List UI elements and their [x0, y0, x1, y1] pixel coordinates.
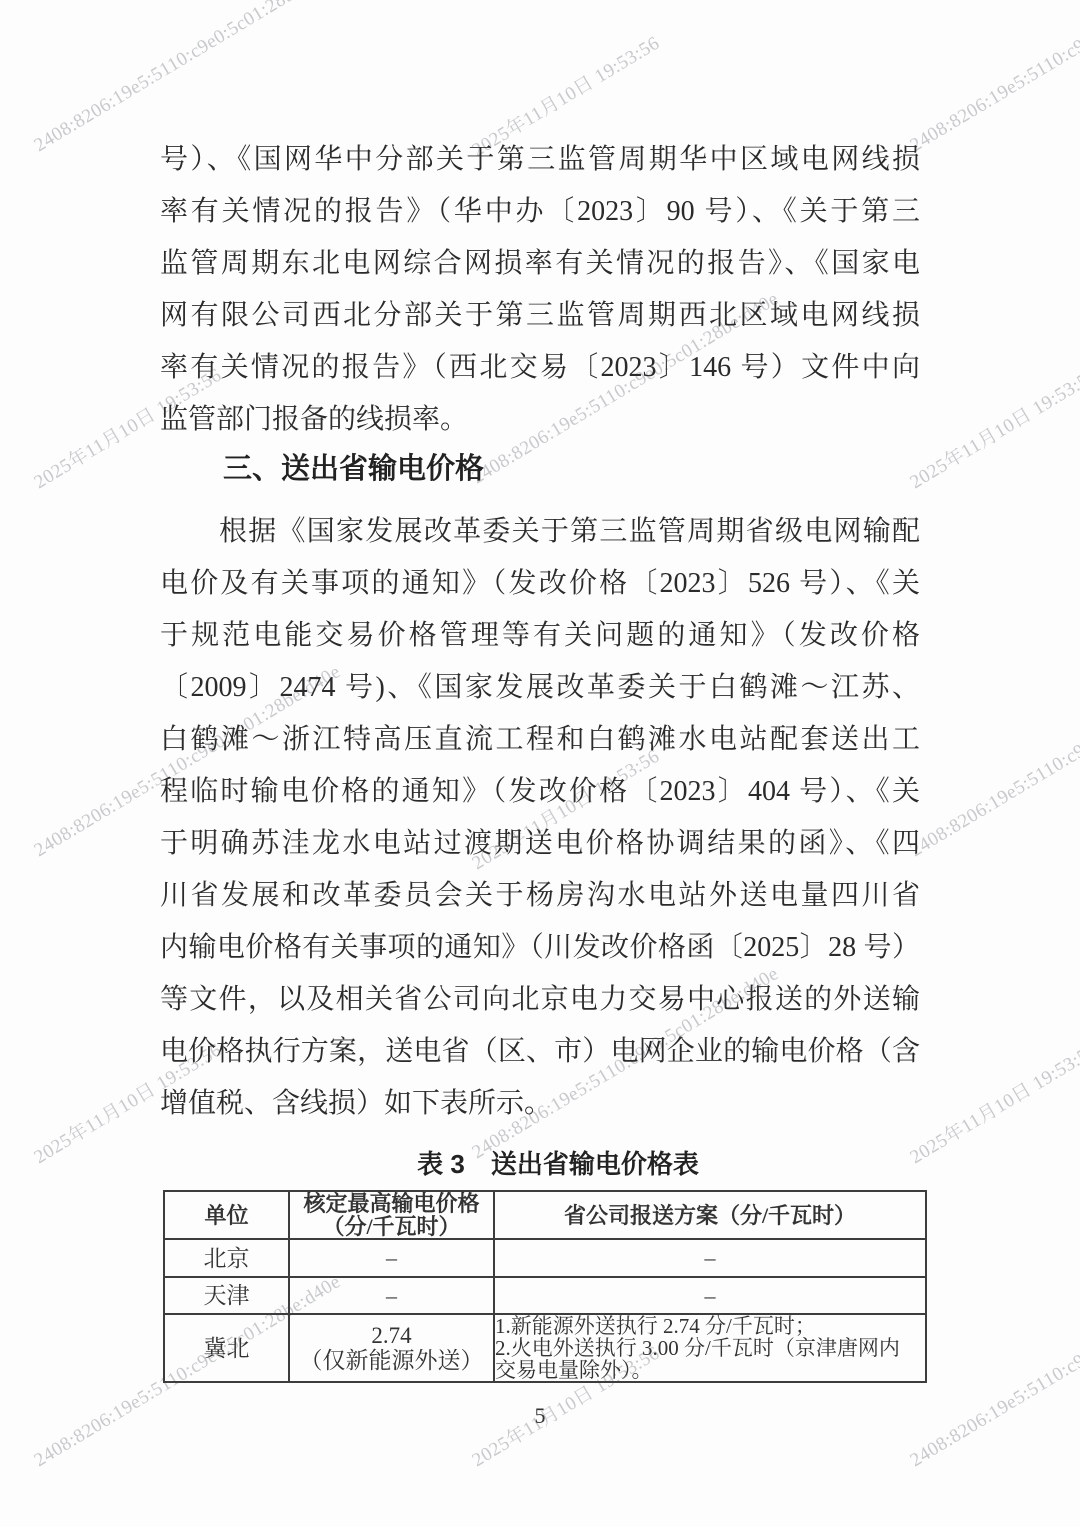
text-line: 程临时输电价格的通知》（发改价格〔2023〕404 号）、《关 [160, 766, 920, 818]
watermark-ip: 2408:8206:19e5:5110:c9e0:5c01:28be:d40e [907, 0, 1080, 157]
approved-price-cell: – [289, 1277, 494, 1314]
unit-cell: 冀北 [164, 1314, 289, 1382]
text-line: 于规范电能交易价格管理等有关问题的通知》（发改价格 [160, 610, 920, 662]
section-heading: 三、送出省输电价格 [160, 446, 920, 492]
col-header-province-plan: 省公司报送方案（分/千瓦时） [494, 1191, 926, 1239]
province-plan-cell: – [494, 1277, 926, 1314]
col-header-approved-price: 核定最高输电价格 （分/千瓦时） [289, 1191, 494, 1239]
text-line: 电价格执行方案，送电省（区、市）电网企业的输电价格（含 [160, 1026, 920, 1078]
unit-cell: 天津 [164, 1277, 289, 1314]
text-line: 监管周期东北电网综合网损率有关情况的报告》、《国家电 [160, 238, 920, 290]
text-line: 白鹤滩～浙江特高压直流工程和白鹤滩水电站配套送出工 [160, 714, 920, 766]
price-table: 单位 核定最高输电价格 （分/千瓦时） 省公司报送方案（分/千瓦时） 北京 – … [163, 1190, 927, 1383]
table-header-row: 单位 核定最高输电价格 （分/千瓦时） 省公司报送方案（分/千瓦时） [164, 1191, 926, 1239]
document-body: 号）、《国网华中分部关于第三监管周期华中区域电网线损 率有关情况的报告》（华中办… [160, 134, 920, 1429]
text-line: 率有关情况的报告》（华中办〔2023〕90 号）、《关于第三 [160, 186, 920, 238]
text-line: 监管部门报备的线损率。 [160, 394, 920, 446]
text-line: 内输电价格有关事项的通知》（川发改价格函〔2025〕28 号） [160, 922, 920, 974]
col-header-unit: 单位 [164, 1191, 289, 1239]
document-page: 2408:8206:19e5:5110:c9e0:5c01:28be:d40e … [0, 0, 1080, 1527]
table-row-tianjin: 天津 – – [164, 1277, 926, 1314]
text-line: 电价及有关事项的通知》（发改价格〔2023〕526 号）、《关 [160, 558, 920, 610]
text-line: 于明确苏洼龙水电站过渡期送电价格协调结果的函》、《四 [160, 818, 920, 870]
watermark-timestamp: 2025年11月10日 19:53:56 [904, 1035, 1080, 1169]
unit-cell: 北京 [164, 1239, 289, 1277]
watermark-ip: 2408:8206:19e5:5110:c9e0:5c01:28be:d40e [907, 1271, 1080, 1472]
text-line: 网有限公司西北分部关于第三监管周期西北区域电网线损 [160, 290, 920, 342]
text-line: 等文件，以及相关省公司向北京电力交易中心报送的外送输 [160, 974, 920, 1026]
province-plan-cell: – [494, 1239, 926, 1277]
watermark-timestamp: 2025年11月10日 19:53:56 [904, 360, 1080, 494]
approved-price-cell: – [289, 1239, 494, 1277]
table-row-jibei: 冀北 2.74 （仅新能源外送） 1.新能源外送执行 2.74 分/千瓦时； 2… [164, 1314, 926, 1382]
watermark-ip: 2408:8206:19e5:5110:c9e0:5c01:28be:d40e [907, 661, 1080, 862]
paragraph-price-basis: 根据《国家发展改革委关于第三监管周期省级电网输配 电价及有关事项的通知》（发改价… [160, 506, 920, 1130]
approved-price-cell: 2.74 （仅新能源外送） [289, 1314, 494, 1382]
text-line: 增值税、含线损）如下表所示。 [160, 1078, 920, 1130]
page-number: 5 [160, 1403, 920, 1429]
text-line: 号）、《国网华中分部关于第三监管周期华中区域电网线损 [160, 134, 920, 186]
province-plan-cell: 1.新能源外送执行 2.74 分/千瓦时； 2.火电外送执行 3.00 分/千瓦… [494, 1314, 926, 1382]
paragraph-line-loss-reports: 号）、《国网华中分部关于第三监管周期华中区域电网线损 率有关情况的报告》（华中办… [160, 134, 920, 446]
table-row-beijing: 北京 – – [164, 1239, 926, 1277]
text-line: 〔2009〕2474 号)、《国家发展改革委关于白鹤滩～江苏、 [160, 662, 920, 714]
text-line: 川省发展和改革委员会关于杨房沟水电站外送电量四川省 [160, 870, 920, 922]
text-line: 率有关情况的报告》（西北交易〔2023〕146 号）文件中向 [160, 342, 920, 394]
text-line: 根据《国家发展改革委关于第三监管周期省级电网输配 [160, 506, 920, 558]
table-title: 表 3 送出省输电价格表 [163, 1146, 927, 1182]
